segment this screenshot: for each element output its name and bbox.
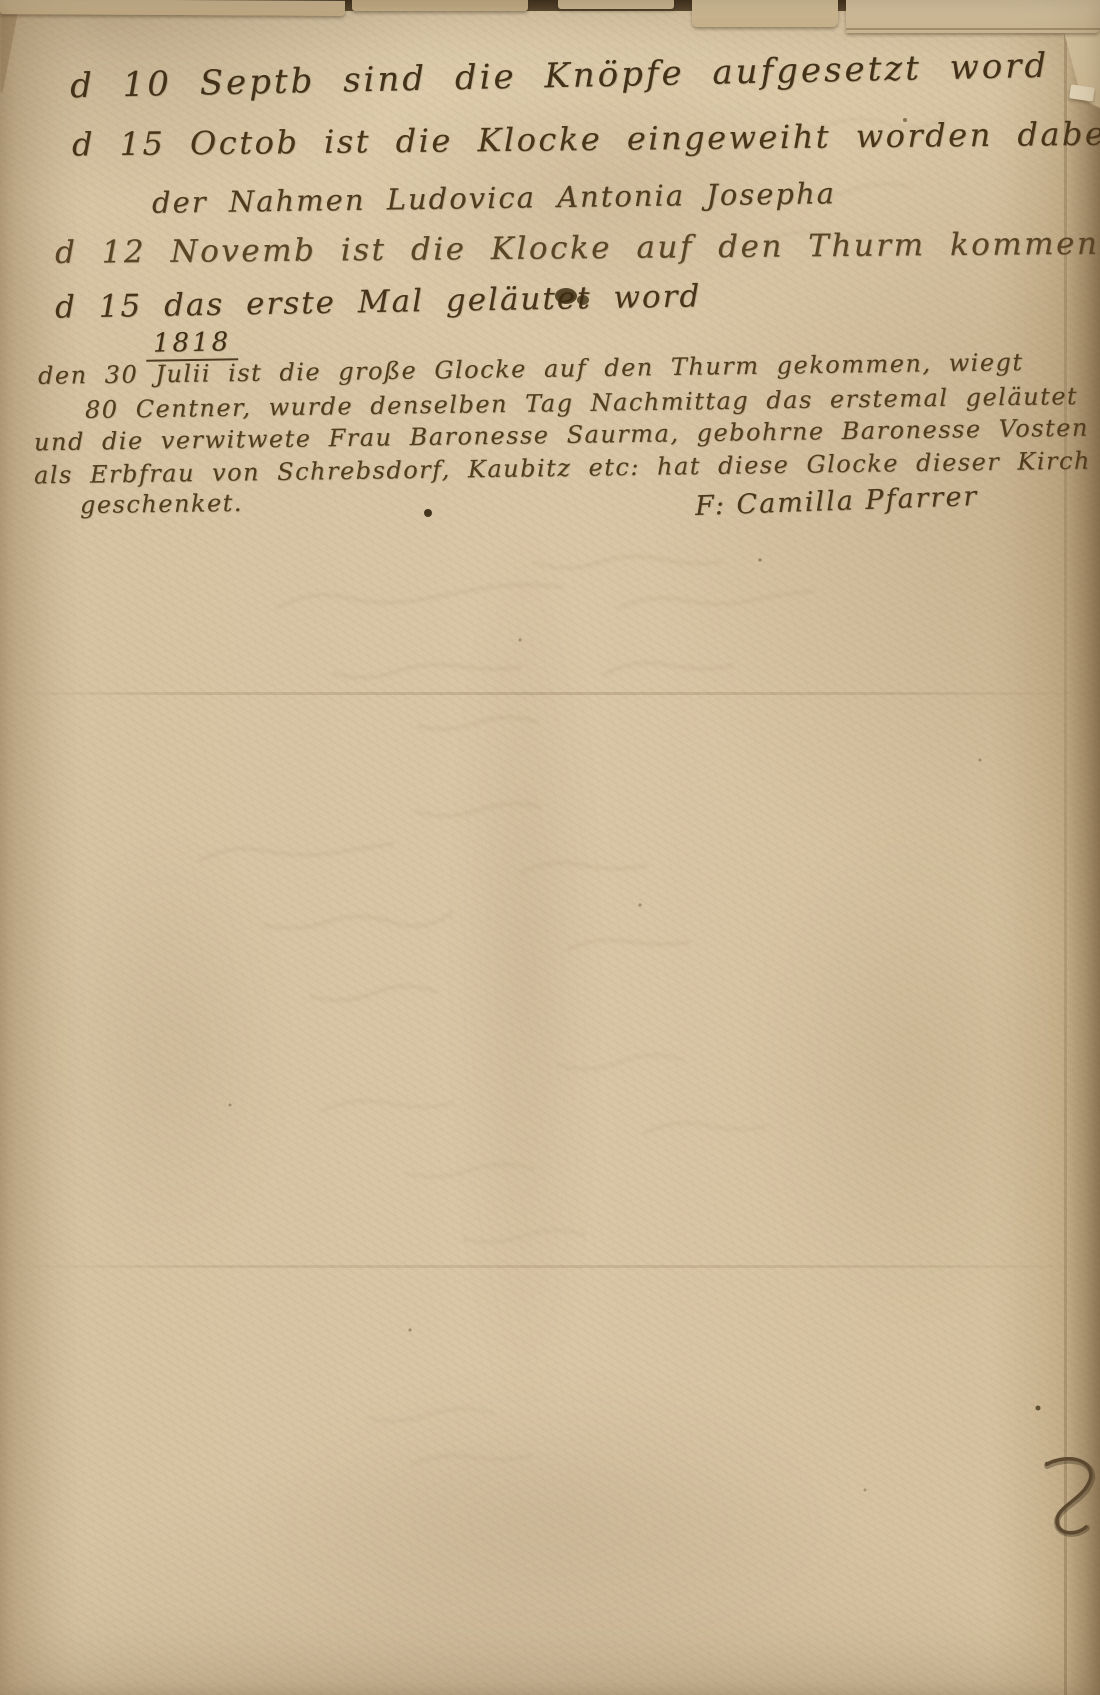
adjacent-page-tab — [352, 0, 528, 11]
ink-speck — [229, 118, 1041, 1492]
adjacent-page-tab — [558, 0, 674, 9]
scanned-manuscript-page: d 10 Septb sind die Knöpfe aufgesetzt wo… — [0, 0, 1100, 1695]
adjacent-page-tab — [692, 0, 838, 27]
ink-specks-and-thread — [0, 0, 1100, 1695]
adjacent-page-tab — [846, 0, 1100, 33]
adjacent-page-tab — [0, 0, 345, 16]
binding-thread — [1045, 1459, 1092, 1534]
ink-blot — [555, 288, 589, 305]
